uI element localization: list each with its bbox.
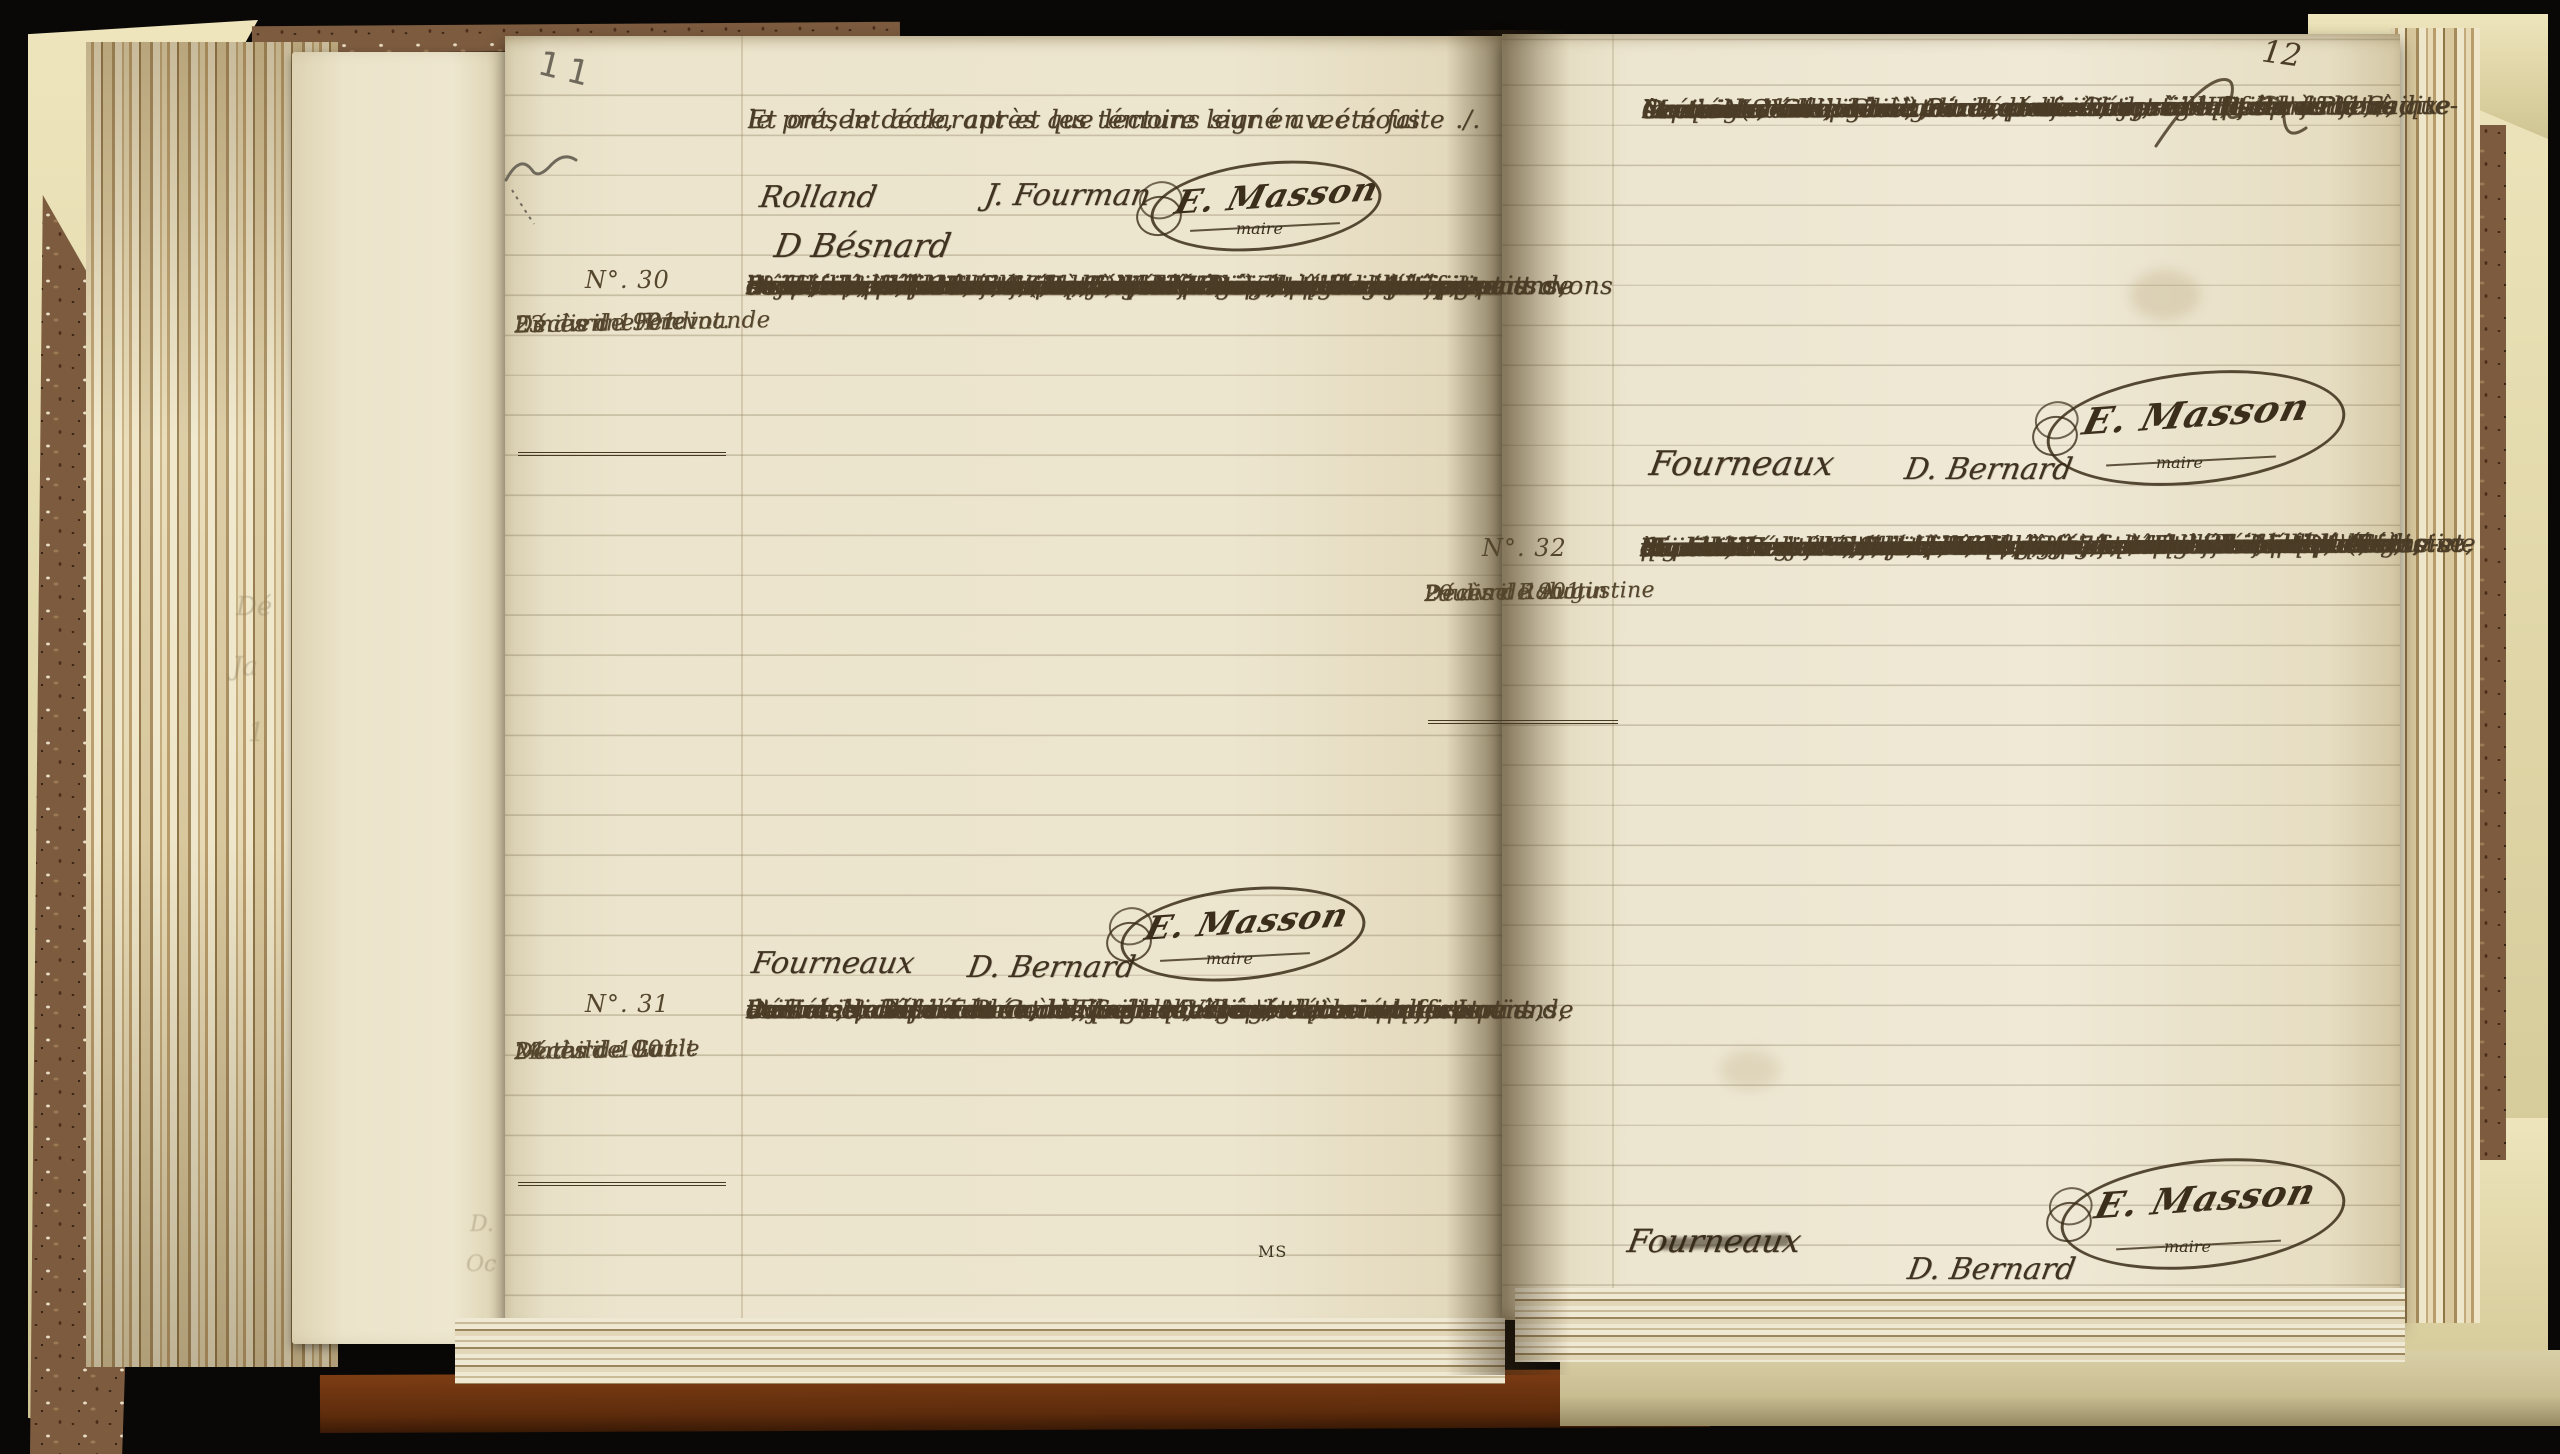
bleedthrough-text: Ja	[232, 652, 258, 682]
right-page	[1502, 34, 2400, 1320]
hand-line: les déclarants ont signé avec nous, aprè…	[1642, 86, 2395, 130]
page-bottom-edges-right	[1515, 1288, 2405, 1362]
signature-besnard: D Bésnard	[772, 226, 954, 265]
paper-stain	[1720, 1050, 1780, 1090]
masson-official-signature: E. Masson maire	[2060, 1160, 2346, 1268]
signature-fourneaux: Fourneaux	[749, 946, 917, 981]
act-number-32: N°. 32	[1482, 534, 1567, 562]
hand-line: signé avec nous, après lecture faite ./.	[1640, 525, 2147, 568]
signature-bernard: D. Bernard	[1905, 1252, 2078, 1287]
bleedthrough-text: D.	[470, 1212, 494, 1237]
masson-official-signature: E. Masson maire	[2046, 372, 2346, 484]
page-bottom-edges-left	[455, 1318, 1505, 1384]
margin-divider-rule	[518, 452, 726, 456]
hand-line: nous, après lecture faite ./.	[746, 266, 1104, 306]
signature-rolland: Rolland	[757, 180, 879, 215]
signature-fourneaux: Fourneaux	[1646, 444, 1837, 484]
margin-divider-rule	[518, 1182, 726, 1186]
hand-line: le présent acte, après que lecture leur …	[748, 100, 1480, 140]
act-number-30: N°. 30	[585, 266, 670, 294]
bleedthrough-text: 1	[248, 718, 265, 748]
book-photo: Dé Ja 1 D. Oc 11 Et ont, le déclarant et…	[0, 0, 2560, 1454]
hand-line: 23 avril 1901	[514, 302, 678, 346]
marginal-annotation-ms: MS	[1258, 1242, 1287, 1261]
bleedthrough-text: Oc	[466, 1252, 496, 1277]
page-number: 12	[2260, 33, 2304, 74]
pencil-scribble	[498, 120, 628, 220]
signature-fourman: J. Fourman	[982, 178, 1153, 213]
blank-verso-page	[292, 52, 520, 1344]
hand-line: voisins de la décédée, lesquels nous ont…	[746, 990, 1441, 1030]
bleedthrough-text: Dé	[236, 592, 272, 622]
book-gutter-shadow	[1446, 30, 1570, 1375]
masson-official-signature: E. Masson maire	[1120, 888, 1366, 980]
hand-line: 24 avril 1901	[514, 1029, 677, 1073]
paper-stain	[2130, 270, 2200, 320]
masson-official-signature: E. Masson maire	[1150, 162, 1382, 250]
margin-divider-rule	[1428, 720, 1618, 724]
hand-line: 29 avril 1901	[1424, 571, 1581, 615]
page-edges-right	[2390, 28, 2480, 1323]
act-number-31: N°. 31	[585, 990, 670, 1018]
